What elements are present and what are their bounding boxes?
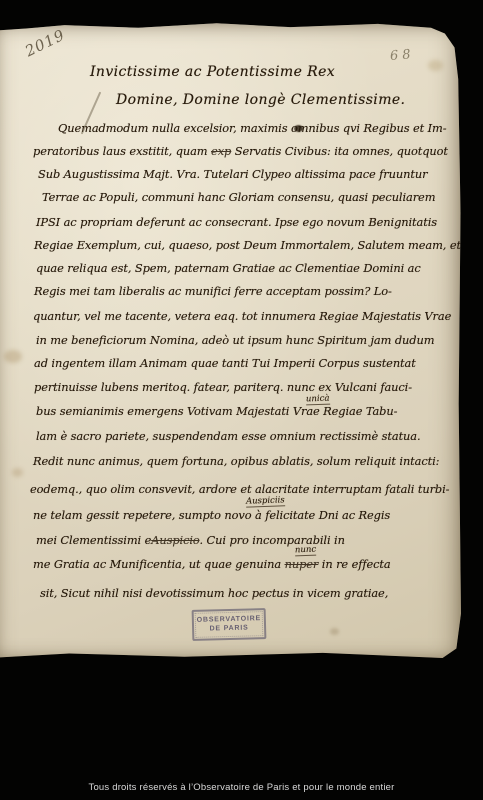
manuscript-line: IPSI ac propriam deferunt ac consecrant.… [36, 215, 437, 229]
line-text: Sub Augustissima Majt. Vra. Tutelari Cly… [38, 167, 427, 181]
line-text: ad ingentem illam Animam quae tanti Tui … [34, 356, 416, 370]
line-text: Quemadmodum nulla excelsior, maximis omn… [58, 121, 447, 135]
folio-number-right: 68 [389, 47, 415, 64]
manuscript-line: Sub Augustissima Majt. Vra. Tutelari Cly… [38, 167, 427, 181]
line-text: in re effecta [318, 557, 390, 571]
manuscript-line: Regiae Exemplum, cui, quaeso, post Deum … [34, 238, 461, 252]
line-text: bus semianimis emergens Votivam Majestat… [36, 404, 397, 418]
line-text: me Gratia ac Munificentia, ut quae genui… [33, 557, 285, 571]
paper-stain [330, 628, 339, 635]
manuscript-line: quae reliqua est, Spem, paternam Gratiae… [36, 261, 421, 275]
line-text: lam è sacro pariete, suspendendam esse o… [36, 429, 421, 443]
line-text: sit, Sicut nihil nisi devotissimum hoc p… [40, 586, 388, 600]
salutation-line-1: Invictissime ac Potentissime Rex [90, 64, 335, 80]
line-text: IPSI ac propriam deferunt ac consecrant.… [36, 215, 437, 229]
line-text: . Cui pro incomparabili in [199, 533, 344, 547]
paper-stain [4, 350, 22, 363]
interlinear-insertion-auspiciis: Auspiciis [246, 495, 285, 507]
line-text: Terrae ac Populi, communi hanc Gloriam c… [42, 190, 435, 204]
rights-notice: Tous droits réservés à l’Observatoire de… [0, 782, 483, 793]
folio-number-left: 2019 [22, 26, 68, 61]
line-text: Redit nunc animus, quem fortuna, opibus … [33, 454, 439, 468]
observatoire-de-paris-stamp: OBSERVATOIRE DE PARIS [192, 608, 267, 641]
struck-word: Auspicio [151, 533, 199, 547]
line-text: Regiae Exemplum, cui, quaeso, post Deum … [34, 238, 461, 252]
line-text: eodemq., quo olim consvevit, ardore et a… [30, 482, 449, 496]
line-text: peratoribus laus exstitit, quam [33, 144, 211, 158]
interlinear-insertion-unica: unicà [306, 394, 330, 406]
stamp-line-1: OBSERVATOIRE [197, 615, 262, 625]
manuscript-line: Regis mei tam liberalis ac munifici ferr… [34, 284, 392, 298]
paper-stain [428, 60, 443, 71]
manuscript-line: ad ingentem illam Animam quae tanti Tui … [34, 356, 416, 370]
manuscript-line: peratoribus laus exstitit, quam exp Serv… [33, 144, 448, 158]
line-text: quae reliqua est, Spem, paternam Gratiae… [36, 261, 421, 275]
interlinear-insertion-nunc: nunc [295, 545, 317, 557]
struck-word: exp [211, 144, 231, 158]
line-text: pertinuisse lubens meritoq. fatear, pari… [34, 380, 412, 394]
line-text: Regis mei tam liberalis ac munifici ferr… [34, 284, 392, 298]
manuscript-line: sit, Sicut nihil nisi devotissimum hoc p… [40, 586, 388, 600]
line-text: Servatis Civibus: ita omnes, quotquot [231, 144, 448, 158]
line-text: mei Clementissimi e [36, 533, 151, 547]
manuscript-line: eodemq., quo olim consvevit, ardore et a… [30, 482, 449, 496]
manuscript-page: 2019 68 Invictissime ac Potentissime Rex… [0, 22, 461, 658]
manuscript-line: bus semianimis emergens Votivam Majestat… [36, 404, 397, 418]
manuscript-line: Redit nunc animus, quem fortuna, opibus … [33, 454, 439, 468]
line-text: in me beneficiorum Nomina, adeò ut ipsum… [36, 333, 434, 347]
line-text: quantur, vel me tacente, vetera eaq. tot… [33, 309, 451, 323]
manuscript-line: quantur, vel me tacente, vetera eaq. tot… [33, 309, 451, 323]
manuscript-line: Terrae ac Populi, communi hanc Gloriam c… [42, 190, 435, 204]
stamp-line-2: DE PARIS [210, 624, 249, 634]
manuscript-line: me Gratia ac Munificentia, ut quae genui… [33, 557, 391, 571]
manuscript-line: in me beneficiorum Nomina, adeò ut ipsum… [36, 333, 434, 347]
paper-stain [12, 468, 23, 477]
manuscript-line: pertinuisse lubens meritoq. fatear, pari… [34, 380, 412, 394]
manuscript-line: Quemadmodum nulla excelsior, maximis omn… [58, 121, 447, 135]
manuscript-line: lam è sacro pariete, suspendendam esse o… [36, 429, 421, 443]
line-text: ne telam gessit repetere, sumpto novo à … [33, 508, 390, 522]
struck-word: nuper [285, 557, 319, 571]
manuscript-line: ne telam gessit repetere, sumpto novo à … [33, 508, 390, 522]
salutation-line-2: Domine, Domine longè Clementissime. [116, 92, 405, 108]
